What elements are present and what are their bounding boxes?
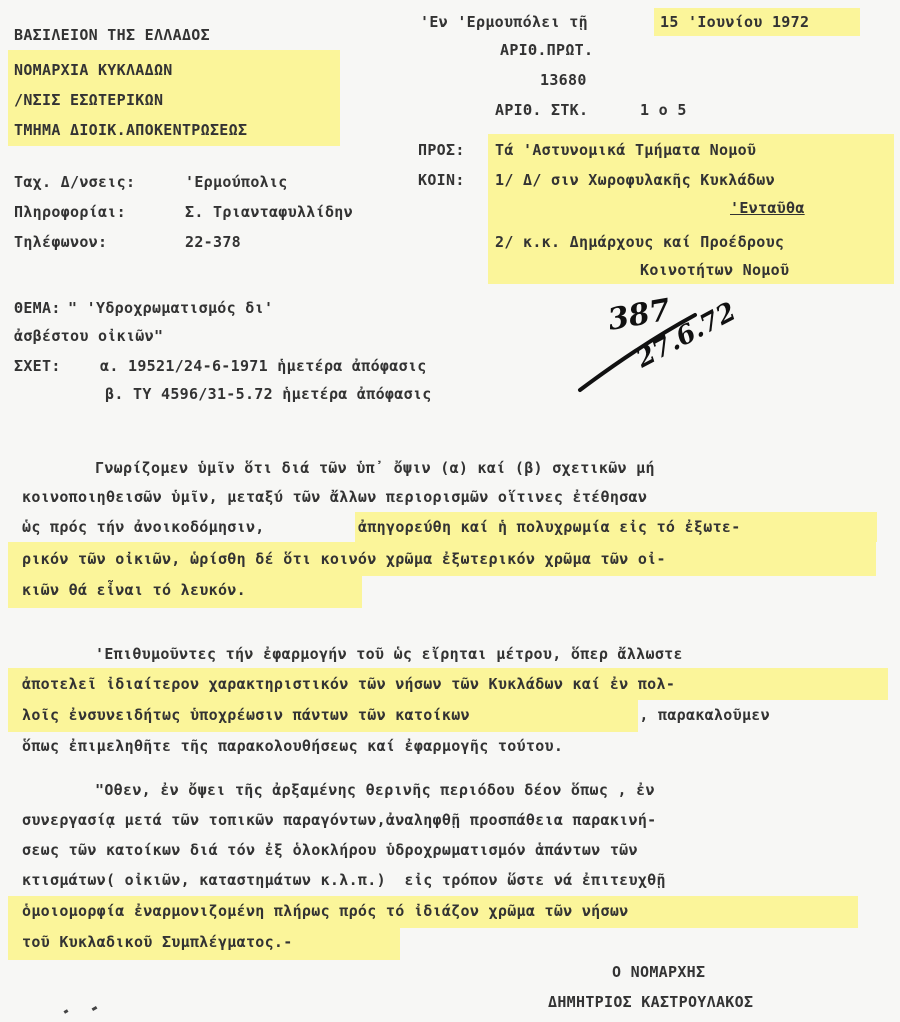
to-value: Τά 'Αστυνομικά Τμήματα Νομοῦ: [495, 140, 756, 160]
info-label: Πληροφορίαι:: [14, 202, 126, 222]
to-label: ΠΡΟΣ:: [418, 140, 465, 160]
ink-marks: [64, 1009, 69, 1014]
stk-label: ΑΡΙΘ. ΣΤΚ.: [495, 100, 588, 120]
phone-label: Τηλέφωνον:: [14, 232, 107, 252]
authority-line-2: /ΝΣΙΣ ΕΣΩΤΕΡΙΚΩΝ: [14, 90, 163, 110]
reference-b: β. ΤΥ 4596/31-5.72 ἡμετέρα ἀπόφασις: [105, 384, 432, 404]
p3-line-6: τοῦ Κυκλαδικοῦ Συμπλέγματος.-: [22, 932, 293, 952]
signature-title: Ο ΝΟΜΑΡΧΗΣ: [612, 962, 705, 982]
cc-2: 2/ κ.κ. Δημάρχους καί Προέδρους: [495, 232, 784, 252]
letter-date: 15 'Ιουνίου 1972: [660, 12, 809, 32]
p3-line-3: σεως τῶν κατοίκων διά τόν ἐξ ὁλοκλήρου ὑ…: [22, 840, 638, 860]
place-date-prefix: 'Εν 'Ερμουπόλει τῇ: [420, 12, 588, 32]
stk-number: 1 ο 5: [640, 100, 687, 120]
cc-1-place: 'Ενταῦθα: [730, 198, 805, 218]
p2-line-3-tail: , παρακαλοῦμεν: [630, 705, 770, 725]
p3-line-5: ὁμοιομορφία ἐναρμονιζομένη πλήρως πρός τ…: [22, 901, 629, 921]
p3-line-1: "Οθεν, ἐν ὄψει τῆς ἀρξαμένης θερινῆς περ…: [95, 780, 655, 800]
cc-1: 1/ Δ/ σιν Χωροφυλακῆς Κυκλάδων: [495, 170, 775, 190]
protocol-number: 13680: [540, 70, 587, 90]
protocol-label: ΑΡΙΘ.ΠΡΩΤ.: [500, 40, 593, 60]
letter-document: ΒΑΣΙΛΕΙΟΝ ΤΗΣ ΕΛΛΑΔΟΣ ΝΟΜΑΡΧΙΑ ΚΥΚΛΑΔΩΝ …: [0, 0, 900, 1022]
address-value: 'Ερμούπολις: [185, 172, 288, 192]
handwritten-annotation: 387 27.6.72: [570, 290, 790, 400]
cc-2-cont: Κοινοτήτων Νομοῦ: [640, 260, 789, 280]
address-label: Ταχ. Δ/νσεις:: [14, 172, 135, 192]
p1-line-4: ρικόν τῶν οἰκιῶν, ὡρίσθη δέ ὅτι κοινόν χ…: [22, 549, 666, 569]
p1-line-5: κιῶν θά εἶναι τό λευκόν.: [22, 580, 246, 600]
reference-a: α. 19521/24-6-1971 ἡμετέρα ἀπόφασις: [100, 356, 427, 376]
p2-line-4: ὅπως ἐπιμεληθῆτε τῆς παρακολουθήσεως καί…: [22, 736, 563, 756]
p1-line-3-highlighted: ἀπηγορεύθη καί ἡ πολυχρωμία εἰς τό ἐξωτε…: [358, 517, 741, 537]
authority-line-3: ΤΜΗΜΑ ΔΙΟΙΚ.ΑΠΟΚΕΝΤΡΩΣΕΩΣ: [14, 120, 247, 140]
p1-line-1: Γνωρίζομεν ὑμῖν ὅτι διά τῶν ὑπ᾽ ὄψιν (α)…: [95, 458, 655, 478]
info-value: Σ. Τριανταφυλλίδην: [185, 202, 353, 222]
phone-value: 22-378: [185, 232, 241, 252]
reference-label: ΣΧΕΤ:: [14, 356, 61, 376]
subject-line-1: " 'Υδροχρωματισμός δι': [68, 298, 273, 318]
signature-name: ΔΗΜΗΤΡΙΟΣ ΚΑΣΤΡΟΥΛΑΚΟΣ: [548, 992, 753, 1012]
cc-label: ΚΟΙΝ:: [418, 170, 465, 190]
subject-line-2: ἀσβέστου οἰκιῶν": [14, 326, 163, 346]
p1-line-2: κοινοποιηθεισῶν ὑμῖν, μεταξύ τῶν ἄλλων π…: [22, 487, 647, 507]
authority-line-1: ΝΟΜΑΡΧΙΑ ΚΥΚΛΑΔΩΝ: [14, 60, 173, 80]
p2-line-3: λοῖς ἐνσυνειδήτως ὑποχρέωσιν πάντων τῶν …: [22, 705, 470, 725]
country-heading: ΒΑΣΙΛΕΙΟΝ ΤΗΣ ΕΛΛΑΔΟΣ: [14, 25, 210, 45]
ink-marks: [92, 1006, 98, 1011]
p3-line-2: συνεργασίᾳ μετά τῶν τοπικῶν παραγόντων,ἀ…: [22, 810, 657, 830]
p1-line-3: ὡς πρός τήν ἀνοικοδόμησιν,: [22, 517, 274, 537]
p2-line-1: 'Επιθυμοῦντες τήν ἐφαρμογήν τοῦ ὡς εἴρητ…: [95, 644, 683, 664]
p2-line-2: ἀποτελεῖ ἰδιαίτερον χαρακτηριστικόν τῶν …: [22, 674, 675, 694]
subject-label: ΘΕΜΑ:: [14, 298, 61, 318]
p3-line-4: κτισμάτων( οἰκιῶν, καταστημάτων κ.λ.π.) …: [22, 870, 666, 890]
